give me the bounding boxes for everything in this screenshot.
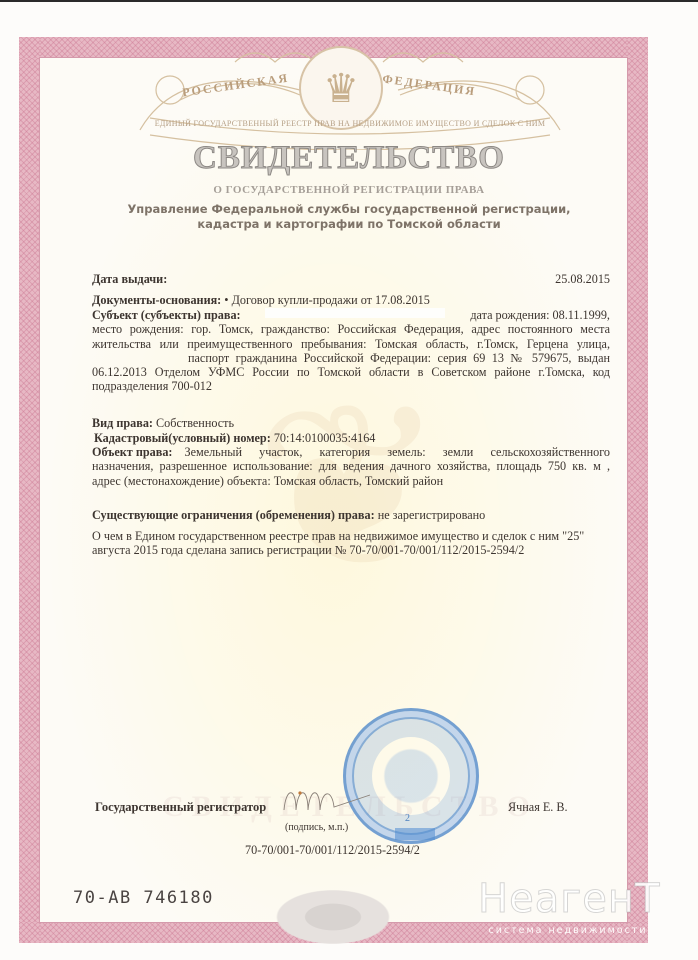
object-line-3: адрес (местонахождение) объекта: Томская… <box>92 474 610 488</box>
agency-line-2: кадастра и картографии по Томской област… <box>0 217 698 232</box>
subject-label: Субъект (субъекты) права: <box>92 308 241 322</box>
object-line-2: назначения, разрешенное использование: д… <box>92 459 610 473</box>
right-type-value: Собственность <box>156 416 234 430</box>
restrictions-label: Существующие ограничения (обременения) п… <box>92 508 375 522</box>
signature-caption: (подпись, м.п.) <box>285 822 385 833</box>
subject-line-6: подразделения 700-012 <box>92 379 610 393</box>
registry-line-1: О чем в Едином государственном реестре п… <box>92 529 610 543</box>
object-block: Объект права: Земельный участок, категор… <box>92 445 610 488</box>
subject-line-4: паспорт гражданина Российской Федерации:… <box>92 351 610 365</box>
issuing-agency: Управление Федеральной службы государств… <box>0 202 698 232</box>
right-type-row: Вид права: Собственность <box>92 416 610 431</box>
basis-label: Документы-основания: <box>92 293 221 307</box>
registry-line-2: августа 2015 года сделана запись регистр… <box>92 543 610 557</box>
cadastral-label: Кадастровый(условный) номер: <box>94 431 271 445</box>
stamp-box <box>395 828 435 840</box>
subject-line-5: 06.12.2013 Отделом УФМС России по Томско… <box>92 365 610 379</box>
object-label: Объект права: <box>92 445 172 459</box>
basis-value: • Договор купли-продажи от 17.08.2015 <box>224 293 430 307</box>
record-number: 70-70/001-70/001/112/2015-2594/2 <box>245 843 505 858</box>
subject-block: Субъект (субъекты) права: дата рождения:… <box>92 308 610 394</box>
restrictions-row: Существующие ограничения (обременения) п… <box>92 508 610 523</box>
watermark-subtitle: система недвижимости <box>478 925 658 936</box>
registry-block: О чем в Едином государственном реестре п… <box>92 529 610 558</box>
redacted-name <box>265 308 445 318</box>
document-title: СВИДЕТЕЛЬСТВО <box>0 140 698 177</box>
issue-date-label: Дата выдачи: <box>92 272 167 286</box>
header-emblem: РОССИЙСКАЯ ♛ ФЕДЕРАЦИЯ ЕДИНЫЙ ГОСУДАРСТВ… <box>0 0 698 150</box>
subject-birthdate: дата рождения: 08.11.1999, <box>470 308 610 322</box>
bottom-rosette-icon <box>268 886 398 948</box>
document-subtitle: О ГОСУДАРСТВЕННОЙ РЕГИСТРАЦИИ ПРАВА <box>0 184 698 196</box>
subject-line-1: Субъект (субъекты) права: дата рождения:… <box>92 308 610 322</box>
agency-line-1: Управление Федеральной службы государств… <box>0 202 698 217</box>
subject-line-3: жительства или преимущественного пребыва… <box>92 337 610 351</box>
object-line-1: Объект права: Земельный участок, категор… <box>92 445 610 459</box>
subject-line-2: место рождения: гор. Томск, гражданство:… <box>92 322 610 336</box>
registrar-name: Ячная Е. В. <box>508 800 608 815</box>
object-line-1-text: Земельный участок, категория земель: зем… <box>184 445 610 459</box>
issue-date-value: 25.08.2015 <box>555 272 610 287</box>
form-serial-number: 70-АВ 746180 <box>73 888 214 908</box>
right-type-label: Вид права: <box>92 416 153 430</box>
issue-date-row: Дата выдачи: 25.08.2015 <box>92 272 610 287</box>
watermark-logo: НеагенТ <box>478 876 660 922</box>
cadastral-row: Кадастровый(условный) номер: 70:14:01000… <box>94 431 612 446</box>
ribbon-bottom-text: ЕДИНЫЙ ГОСУДАРСТВЕННЫЙ РЕЕСТР ПРАВ НА НЕ… <box>135 119 565 128</box>
double-headed-eagle-icon: ♛ <box>299 46 383 130</box>
restrictions-value: не зарегистрировано <box>378 508 486 522</box>
cadastral-value: 70:14:0100035:4164 <box>274 431 376 445</box>
basis-row: Документы-основания: • Договор купли-про… <box>92 293 610 308</box>
